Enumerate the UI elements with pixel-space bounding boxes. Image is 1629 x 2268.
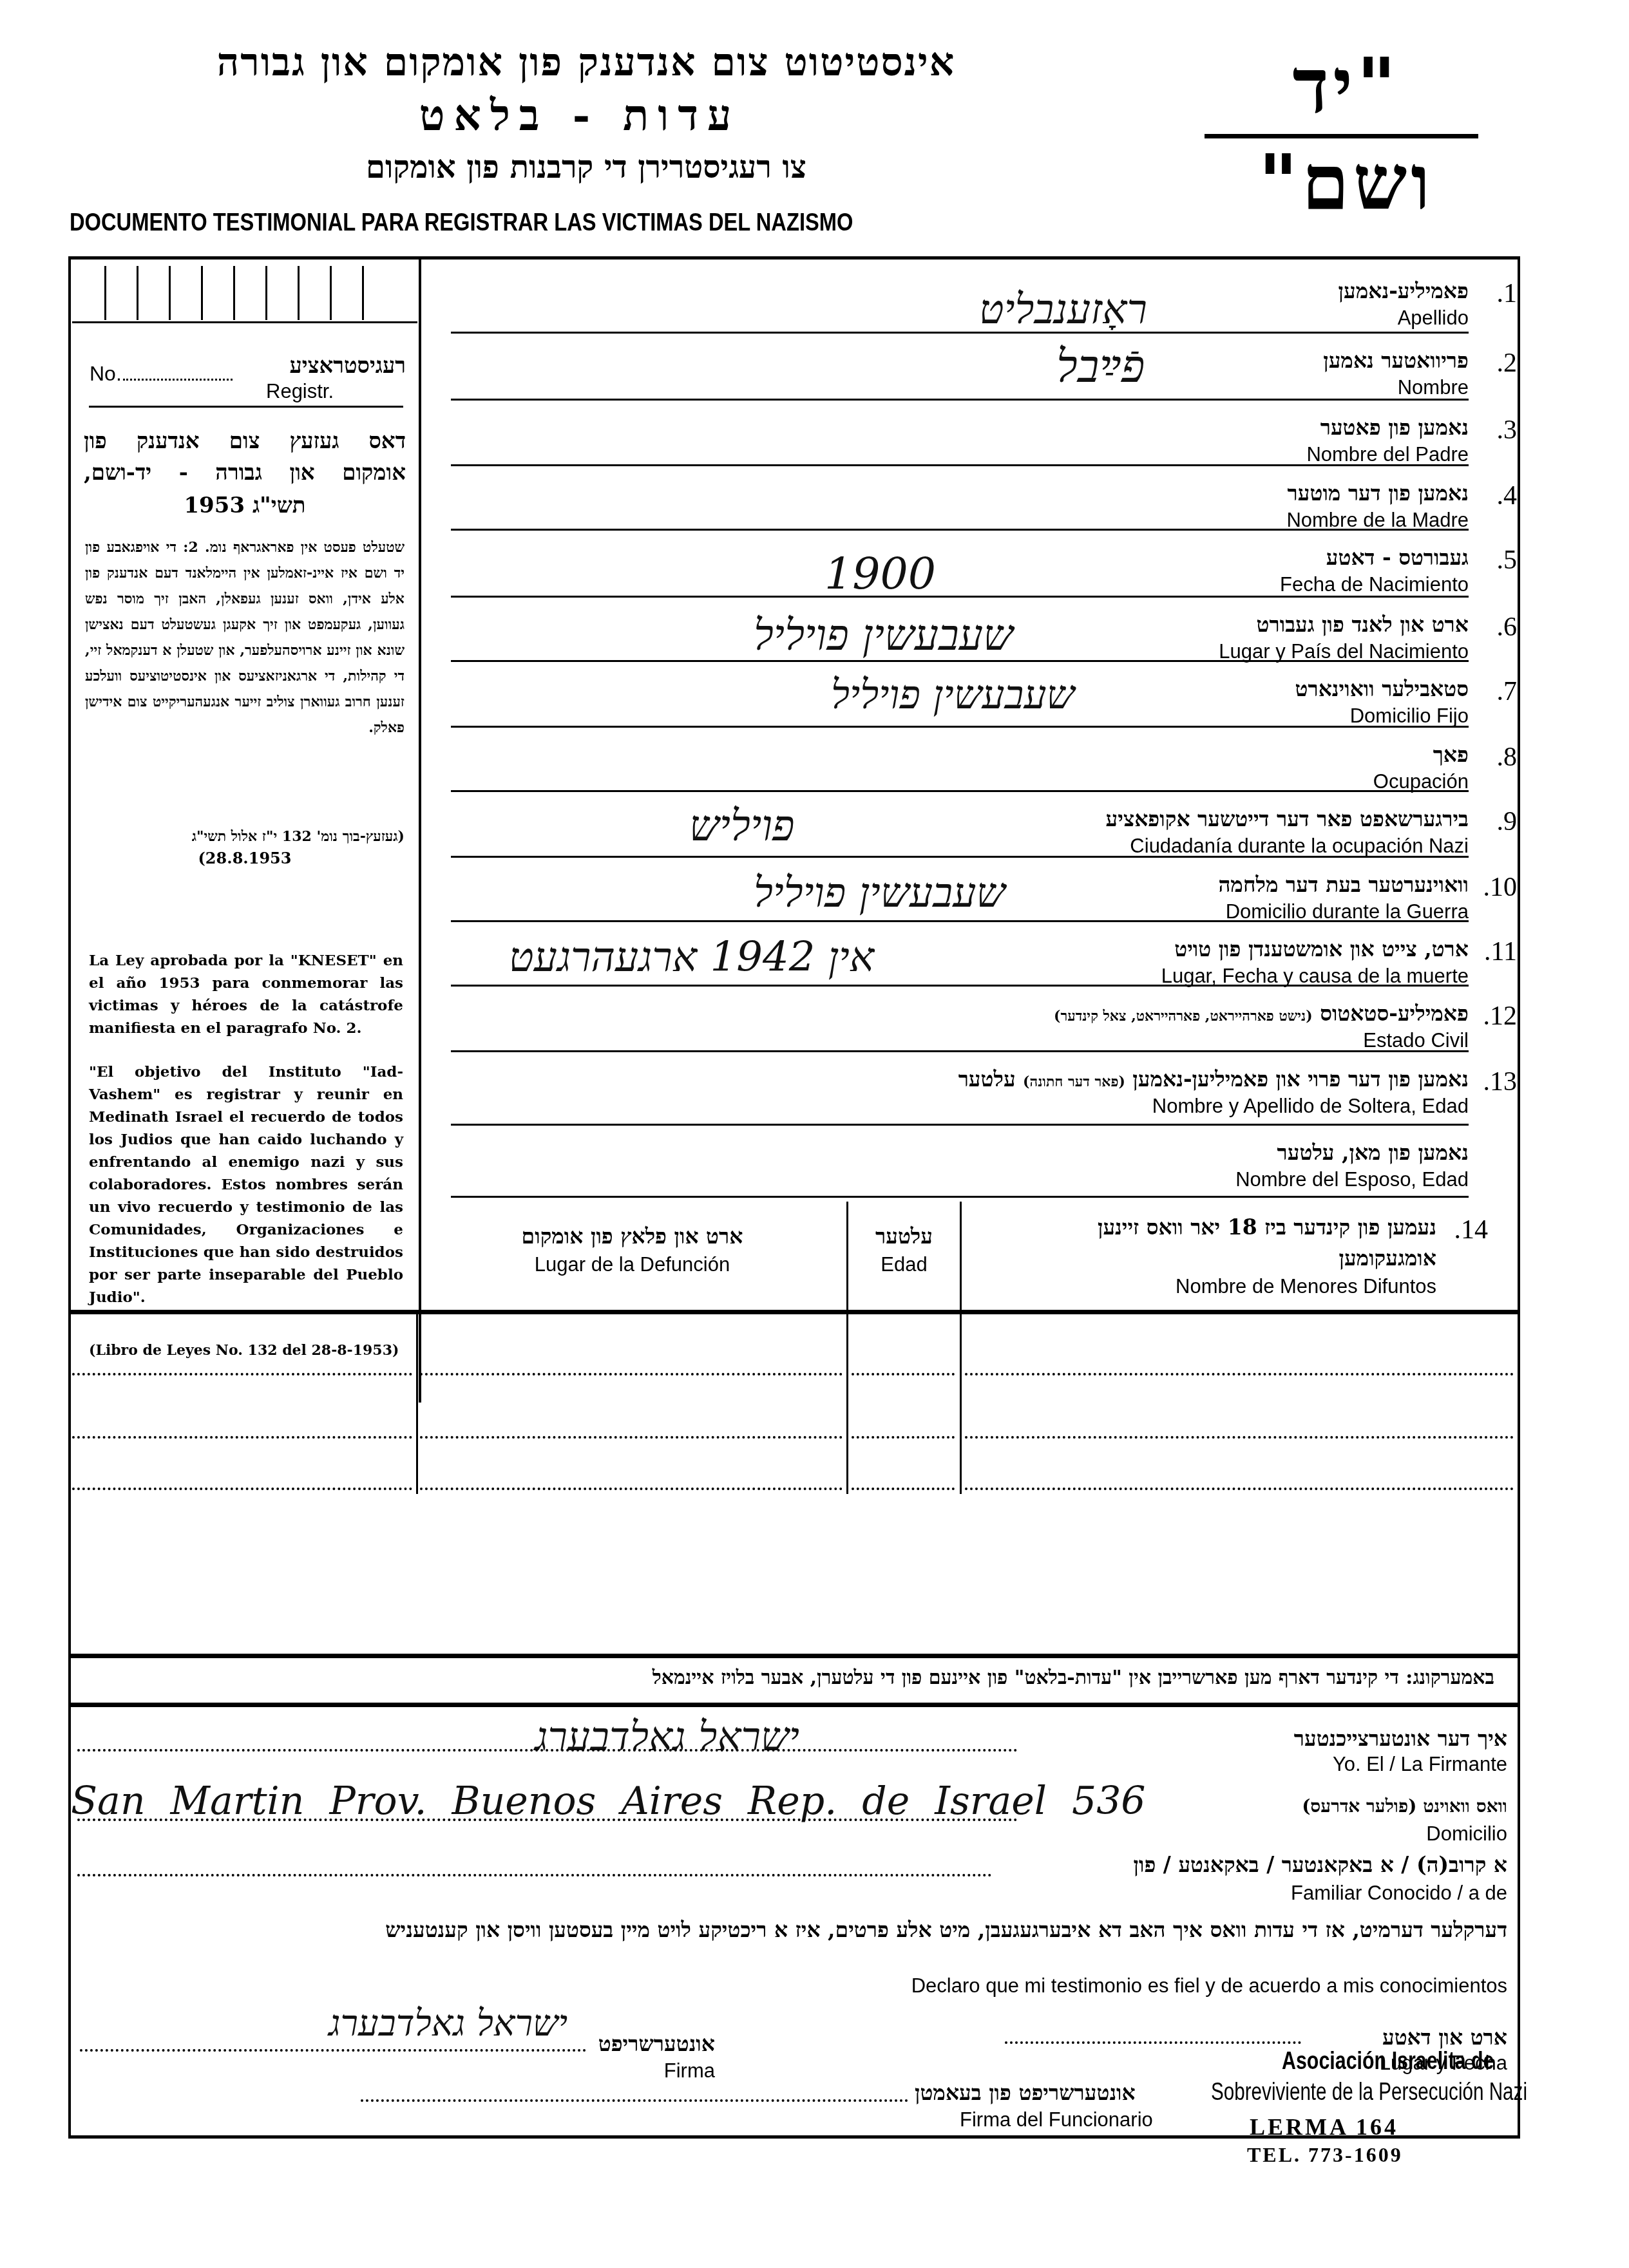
field-label-es: Estado Civil: [1363, 1029, 1469, 1052]
law-title-he-2: אומקום און גבורה - יד-ושם,: [84, 460, 406, 486]
field-value-ciudadania[interactable]: פויליש: [689, 801, 795, 851]
law-title-he-1: דאס געזעץ צום אנדענק פון: [84, 428, 406, 454]
children-table: .14 נעמען פון קינדער ביז 18 יאר וואס זיי…: [68, 1198, 1520, 1494]
field-number: .1: [1497, 278, 1518, 309]
field-number: .5: [1497, 545, 1518, 576]
declaration-es: Declaro que mi testimonio es fiel y de a…: [644, 1974, 1507, 1998]
children-header-place: ארט און פלאץ פון אומקום Lugar de la Defu…: [418, 1198, 846, 1307]
field-label-he: סטאבילער וואוינארט: [1295, 676, 1469, 702]
form-name: עדות - בלאט: [322, 90, 837, 141]
registration-label-he: רעגיסטראציע: [290, 353, 406, 379]
field-value-domicilio-fijo[interactable]: שעבעשין פויליל: [831, 671, 1074, 719]
declaration-he: דערקלער דערמיט, אז די עדות וואס איך האב …: [77, 1915, 1507, 1945]
official-signature-field[interactable]: אונטערשריפט פון בעאמטן Firma del Funcion…: [361, 2080, 1198, 2131]
field-value-fecha-nacimiento[interactable]: 1900: [824, 549, 936, 600]
field-number: .7: [1497, 676, 1518, 707]
note-rule-bottom: [68, 1703, 1520, 1707]
field-number: .8: [1497, 742, 1518, 773]
stamp-line-3: LERMA 164: [1250, 2113, 1398, 2140]
signer-label-he: איך דער אונטערצייכנטער: [1294, 1726, 1507, 1752]
field-muerte[interactable]: .11 ארט, צייט און אומשטענדן פון טויט Lug…: [451, 922, 1469, 987]
law-ref-he: (געזעץ-בוך נומ' 132 י"ז אלול תשי"ג: [85, 828, 405, 845]
field-label-es: Nombre y Apellido de Soltera, Edad: [1152, 1095, 1469, 1118]
field-number: .2: [1497, 348, 1518, 379]
field-label-he: נאמען פון דער פרוי און פאמיליען-נאמען: [1132, 1066, 1469, 1091]
official-label-he: אונטערשריפט פון בעאמטן: [915, 2080, 1136, 2106]
children-header-rule: [71, 1310, 1520, 1314]
registration-label-es: Registr.: [266, 380, 334, 403]
field-number: .6: [1497, 612, 1518, 643]
field-nombre-madre[interactable]: .4 נאמען פון דער מוטער Nombre de la Madr…: [451, 466, 1469, 531]
field-label-he: פריוואטער נאמען: [1323, 348, 1469, 373]
logo-yad-vashem: "יד ושם": [1205, 37, 1488, 134]
field-label-he-group: פאמיליע-סטאטוס (נישט פארהייראט, פארהיירא…: [1054, 1001, 1469, 1026]
child-row-3-place[interactable]: [420, 1488, 843, 1490]
address-label-es: Domicilio: [1426, 1822, 1507, 1846]
field-estado-civil[interactable]: .12 פאמיליע-סטאטוס (נישט פארהייראט, פארה…: [451, 987, 1469, 1052]
field-label-he: נאמען פון דער מוטער: [1288, 480, 1469, 506]
child-row-3-name[interactable]: [965, 1488, 1514, 1490]
field-number: .3: [1497, 415, 1518, 446]
field-label-he: פאמיליע-נאמען: [1338, 278, 1469, 304]
law-title-he-3: תשי"ג 1953: [84, 493, 406, 518]
relation-label-he: א קרוב(ה) / א באקאנטער / באקאנטע / פון: [1134, 1852, 1507, 1878]
col-divider: [416, 1311, 418, 1494]
field-label-es: Domicilio Fijo: [1350, 704, 1469, 728]
field-label-he: בירגערשאפט פאר דער דייטשער אקופאציע: [1106, 806, 1469, 832]
field-label-he: ארט, צייט און אומשטענדן פון טויט: [1174, 936, 1469, 962]
field-label-he: נאמען פון פאטער: [1320, 415, 1469, 440]
field-lugar-nacimiento[interactable]: .6 ארט און לאנד פון געבורט Lugar y País …: [451, 598, 1469, 662]
child-row-2-place[interactable]: [420, 1436, 843, 1439]
field-number: .14: [1454, 1214, 1489, 1245]
sidebar-rule: [89, 406, 403, 408]
relation-label-es: Familiar Conocido / a de: [1291, 1882, 1507, 1905]
stamp-line-4: TEL. 773-1609: [1247, 2143, 1403, 2167]
form-subtitle: צו רעגיסטרירן די קרבנות פון אומקום: [245, 149, 928, 185]
field-value-nombre[interactable]: פֿײַבל: [1056, 340, 1145, 393]
field-nombre-padre[interactable]: .3 נאמען פון פאטער Nombre del Padre: [451, 401, 1469, 466]
field-number: .13: [1483, 1066, 1518, 1097]
field-number: .4: [1497, 480, 1518, 511]
col-label-he: נעמען פון קינדער ביז 18 יאר וואס זיינען …: [1011, 1212, 1436, 1274]
field-domicilio-fijo[interactable]: .7 סטאבילער וואוינארט Domicilio Fijo שעב…: [451, 662, 1469, 728]
law-body-he: שטעלט פעסט אין פאראגראף נומ. 2: די אויפג…: [85, 534, 405, 741]
field-domicilio-guerra[interactable]: .10 וואוינערטער בעת דער מלחמה Domicilio …: [451, 858, 1469, 922]
field-label-he: נאמען פון מאן, עלטער: [1277, 1140, 1469, 1166]
stamp-line-1: Asociación Israelita de: [1282, 2048, 1494, 2075]
registration-no-label: No.: [90, 362, 122, 386]
field-esposo[interactable]: נאמען פון מאן, עלטער Nombre del Esposo, …: [451, 1126, 1469, 1198]
children-header-age: עלטער Edad: [848, 1198, 960, 1307]
field-number: .9: [1497, 806, 1518, 837]
field-label-he: געבורטס - דאטע: [1326, 545, 1469, 571]
child-row-1-place[interactable]: [420, 1373, 843, 1375]
field-number: .11: [1484, 936, 1517, 967]
field-label-es: Nombre del Padre: [1306, 443, 1469, 466]
note-rule-top: [68, 1654, 1520, 1658]
signer-value[interactable]: ישראל גאלדבערג: [535, 1713, 799, 1761]
child-row-1-extra[interactable]: [72, 1373, 412, 1375]
registration-no-input[interactable]: [123, 379, 233, 381]
signature-field[interactable]: ישראל גאלדבערג אונטערשריפט Firma: [71, 2016, 715, 2086]
child-row-1-age[interactable]: [852, 1373, 955, 1375]
field-label-es: Apellido: [1398, 307, 1469, 330]
child-row-3-age[interactable]: [852, 1488, 955, 1490]
relation-input[interactable]: [77, 1874, 992, 1876]
field-label-es: Nombre: [1398, 376, 1469, 399]
field-value-domicilio-guerra[interactable]: שעבעשין פויליל: [754, 869, 1005, 917]
col-label-es: Nombre de Menores Difuntos: [1176, 1275, 1436, 1298]
signature-label-es: Firma: [664, 2059, 715, 2083]
field-apellido[interactable]: .1 פאמיליע-נאמען Apellido ראָזענבליט: [451, 264, 1469, 334]
col-label-he: ארט און פלאץ פון אומקום: [418, 1224, 846, 1249]
official-label-es: Firma del Funcionario: [960, 2108, 1153, 2131]
note-children: באמערקונג: די קינדער דארף מען פארשרייבן …: [245, 1667, 1494, 1689]
col-label-es: Edad: [848, 1253, 960, 1276]
frame-top: [68, 256, 1520, 260]
field-label-he-tail: עלטער: [958, 1066, 1016, 1091]
address-label-he: וואס וואוינט (פולער אדרעס): [1302, 1795, 1507, 1817]
col-divider: [960, 1202, 962, 1494]
field-soltera[interactable]: .13 נאמען פון דער פרוי און פאמיליען-נאמע…: [451, 1052, 1469, 1126]
field-value-lugar-nacimiento[interactable]: שעבעשין פויליל: [754, 610, 1013, 661]
institute-line: אינסטיטוט צום אנדענק פון אומקום און גבור…: [129, 40, 1043, 85]
address-input[interactable]: [77, 1819, 1018, 1821]
address-value[interactable]: San Martin Prov. Buenos Aires Rep. de Is…: [71, 1779, 1146, 1824]
signature-input[interactable]: [80, 2049, 586, 2052]
registration-boxes: [71, 261, 419, 325]
law-es-1: La Ley aprobada por la "KNESET" en el añ…: [89, 949, 403, 1039]
page-title: DOCUMENTO TESTIMONIAL PARA REGISTRAR LAS…: [70, 209, 853, 237]
children-header-name: .14 נעמען פון קינדער ביז 18 יאר וואס זיי…: [964, 1198, 1520, 1307]
field-label-es: Ciudadanía durante la ocupación Nazi: [1130, 835, 1469, 858]
field-label-he-group: נאמען פון דער פרוי און פאמיליען-נאמען (פ…: [958, 1066, 1469, 1092]
field-label-he: פאך: [1433, 742, 1469, 768]
signer-label-es: Yo. El / La Firmante: [1333, 1753, 1507, 1776]
field-value-apellido[interactable]: ראָזענבליט: [979, 286, 1147, 334]
field-value-muerte[interactable]: אין 1942 ארגעהרגעט: [509, 934, 874, 981]
col-label-he: עלטער: [848, 1224, 960, 1249]
child-row-1-name[interactable]: [965, 1373, 1514, 1375]
child-row-3-extra[interactable]: [72, 1488, 412, 1490]
registration-number[interactable]: No. רעגיסטראציע Registr.: [87, 353, 406, 404]
field-number: .12: [1483, 1001, 1518, 1032]
col-label-es: Lugar de la Defunción: [418, 1253, 846, 1276]
address-field[interactable]: San Martin Prov. Buenos Aires Rep. de Is…: [71, 1782, 1507, 1847]
field-label-he: ארט און לאנד פון געבורט: [1257, 612, 1469, 638]
relation-field[interactable]: א קרוב(ה) / א באקאנטער / באקאנטע / פון F…: [71, 1852, 1507, 1916]
signer-input[interactable]: [77, 1749, 1018, 1752]
law-ref-date: (28.8.1953: [84, 849, 406, 867]
frame-right: [1518, 256, 1520, 2137]
child-row-2-name[interactable]: [965, 1436, 1514, 1439]
child-row-2-extra[interactable]: [72, 1436, 412, 1439]
official-signature-input[interactable]: [361, 2099, 908, 2102]
logo-underline: [1205, 134, 1478, 138]
field-label-he-note: (פאר דער חתונה): [1023, 1073, 1125, 1090]
field-ciudadania[interactable]: .9 בירגערשאפט פאר דער דייטשער אקופאציע C…: [451, 792, 1469, 858]
organization-stamp: Asociación Israelita de Sobreviviente de…: [1211, 2041, 1597, 2170]
field-label-he: פאמיליע-סטאטוס: [1320, 1001, 1469, 1026]
field-label-he-note: (נישט פארהייראט, פארהייראט, צאל קינדער): [1054, 1008, 1313, 1025]
stamp-line-2: Sobreviviente de la Persecución Nazi: [1211, 2079, 1527, 2106]
field-number: .10: [1483, 872, 1518, 903]
signer-field[interactable]: ישראל גאלדבערג איך דער אונטערצייכנטער Yo…: [71, 1713, 1507, 1777]
child-row-2-age[interactable]: [852, 1436, 955, 1439]
field-fecha-nacimiento[interactable]: .5 געבורטס - דאטע Fecha de Nacimiento 19…: [451, 531, 1469, 598]
signature-label-he: אונטערשריפט: [598, 2031, 715, 2057]
field-nombre[interactable]: .2 פריוואטער נאמען Nombre פֿײַבל: [451, 334, 1469, 401]
field-label-es: Nombre del Esposo, Edad: [1235, 1168, 1469, 1191]
field-label-es: Fecha de Nacimiento: [1280, 573, 1469, 596]
field-label-he: וואוינערטער בעת דער מלחמה: [1218, 872, 1469, 898]
field-ocupacion[interactable]: .8 פאך Ocupación: [451, 728, 1469, 792]
signature-value[interactable]: ישראל גאלדבערג: [329, 2003, 567, 2045]
